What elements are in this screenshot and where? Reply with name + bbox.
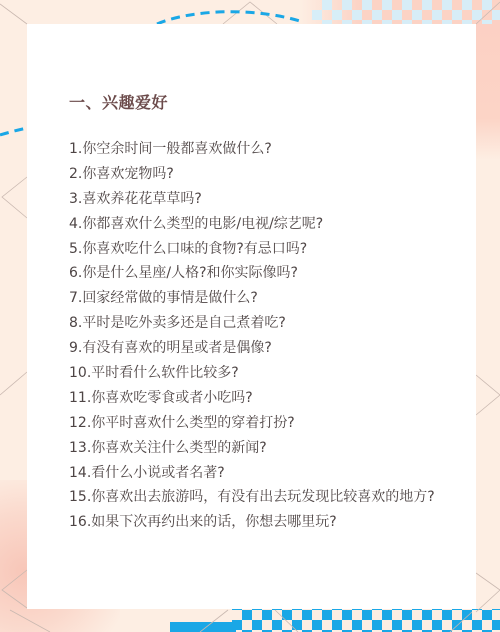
question-list: 1.你空余时间一般都喜欢做什么? 2.你喜欢宠物吗? 3.喜欢养花花草草吗? 4… bbox=[69, 137, 435, 535]
question-item: 1.你空余时间一般都喜欢做什么? bbox=[69, 137, 435, 162]
question-item: 13.你喜欢关注什么类型的新闻? bbox=[69, 436, 435, 461]
question-item: 11.你喜欢吃零食或者小吃吗? bbox=[69, 386, 435, 411]
section-title: 一、兴趣爱好 bbox=[69, 90, 168, 113]
checker-pattern-bottom bbox=[232, 609, 500, 632]
blue-bar-bottom bbox=[170, 622, 236, 632]
checker-pattern-top bbox=[312, 0, 500, 24]
question-item: 16.如果下次再约出来的话，你想去哪里玩? bbox=[69, 510, 435, 535]
question-item: 7.回家经常做的事情是做什么? bbox=[69, 286, 435, 311]
question-item: 8.平时是吃外卖多还是自己煮着吃? bbox=[69, 311, 435, 336]
question-item: 15.你喜欢出去旅游吗，有没有出去玩发现比较喜欢的地方? bbox=[69, 485, 435, 510]
question-item: 5.你喜欢吃什么口味的食物?有忌口吗? bbox=[69, 237, 435, 262]
question-item: 9.有没有喜欢的明星或者是偶像? bbox=[69, 336, 435, 361]
question-item: 10.平时看什么软件比较多? bbox=[69, 361, 435, 386]
blush-wash-right bbox=[476, 20, 500, 160]
question-item: 12.你平时喜欢什么类型的穿着打扮? bbox=[69, 411, 435, 436]
question-item: 14.看什么小说或者名著? bbox=[69, 461, 435, 486]
question-item: 2.你喜欢宠物吗? bbox=[69, 162, 435, 187]
question-item: 3.喜欢养花花草草吗? bbox=[69, 187, 435, 212]
question-item: 6.你是什么星座/人格?和你实际像吗? bbox=[69, 261, 435, 286]
question-item: 4.你都喜欢什么类型的电影/电视/综艺呢? bbox=[69, 212, 435, 237]
